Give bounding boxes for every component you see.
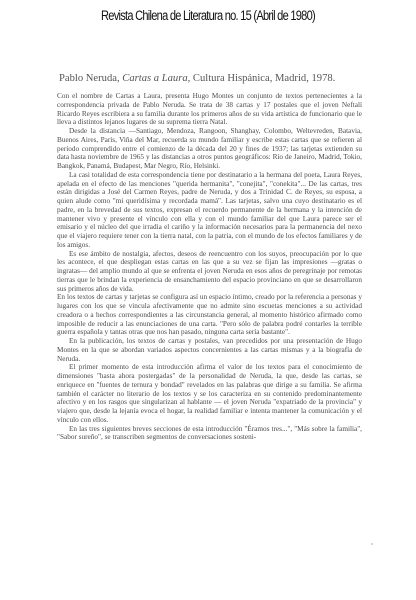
- review-body: Con el nombre de Cartas a Laura, present…: [57, 92, 362, 442]
- scan-speck: [371, 543, 373, 545]
- paragraph-8: En las tres siguientes breves secciones …: [57, 425, 362, 443]
- review-book-title: Cartas a Laura: [122, 73, 187, 84]
- paragraph-7: El primer momento de esta introducción a…: [57, 363, 362, 424]
- paragraph-6: En la publicación, los textos de cartas …: [57, 337, 362, 363]
- paragraph-4: Es ese ámbito de nostalgia, afectos, des…: [57, 250, 362, 294]
- review-publisher-info: , Cultura Hispánica, Madrid, 1978.: [188, 73, 336, 84]
- journal-header: Revista Chilena de Literatura no. 15 (Ab…: [37, 8, 378, 23]
- paragraph-5: En los textos de cartas y tarjetas se co…: [57, 293, 362, 337]
- paragraph-2: Desde la distancia —Santiago, Mendoza, R…: [57, 127, 362, 171]
- paragraph-3: La casi totalidad de esta correspondenci…: [57, 171, 362, 250]
- review-title: Pablo Neruda, Cartas a Laura, Cultura Hi…: [59, 73, 359, 84]
- review-author: Pablo Neruda,: [59, 73, 120, 84]
- paragraph-1: Con el nombre de Cartas a Laura, present…: [57, 92, 362, 127]
